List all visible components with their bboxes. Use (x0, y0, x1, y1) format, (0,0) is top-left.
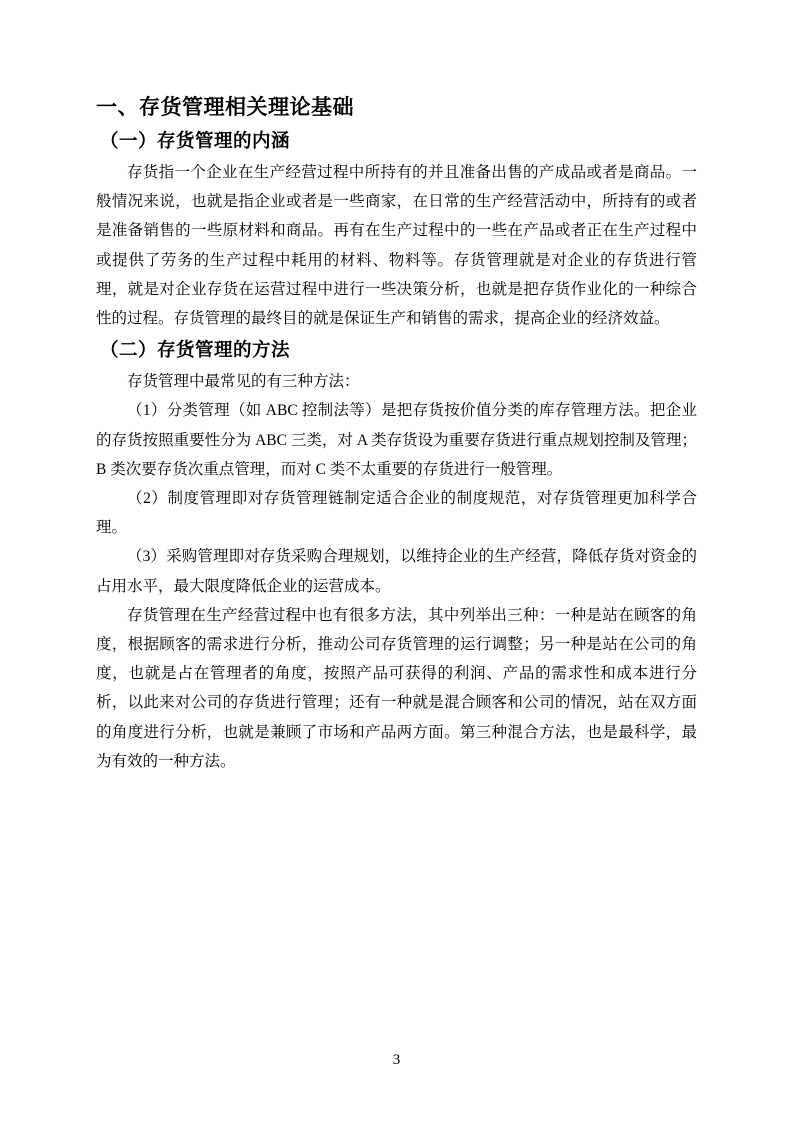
paragraph-inventory-definition: 存货指一个企业在生产经营过程中所持有的并且准备出售的产成品或者是商品。一般情况来… (96, 158, 697, 333)
subsection-heading-connotation: （一）存货管理的内涵 (100, 128, 697, 154)
chapter-heading: 一、存货管理相关理论基础 (96, 94, 697, 121)
paragraph-method-classification: （1）分类管理（如 ABC 控制法等）是把存货按价值分类的库存管理方法。把企业的… (96, 396, 697, 484)
paragraph-methods-intro: 存货管理中最常见的有三种方法： (96, 367, 697, 396)
paragraph-methods-discussion: 存货管理在生产经营过程中也有很多方法，其中列举出三种：一种是站在顾客的角度，根据… (96, 601, 697, 776)
document-page: 一、存货管理相关理论基础 （一）存货管理的内涵 存货指一个企业在生产经营过程中所… (0, 0, 793, 1122)
paragraph-method-procurement: （3）采购管理即对存货采购合理规划，以维持企业的生产经营，降低存货对资金的占用水… (96, 542, 697, 600)
paragraph-method-system: （2）制度管理即对存货管理链制定适合企业的制度规范，对存货管理更加科学合理。 (96, 484, 697, 542)
page-number: 3 (0, 1050, 793, 1070)
subsection-heading-methods: （二）存货管理的方法 (100, 337, 697, 363)
